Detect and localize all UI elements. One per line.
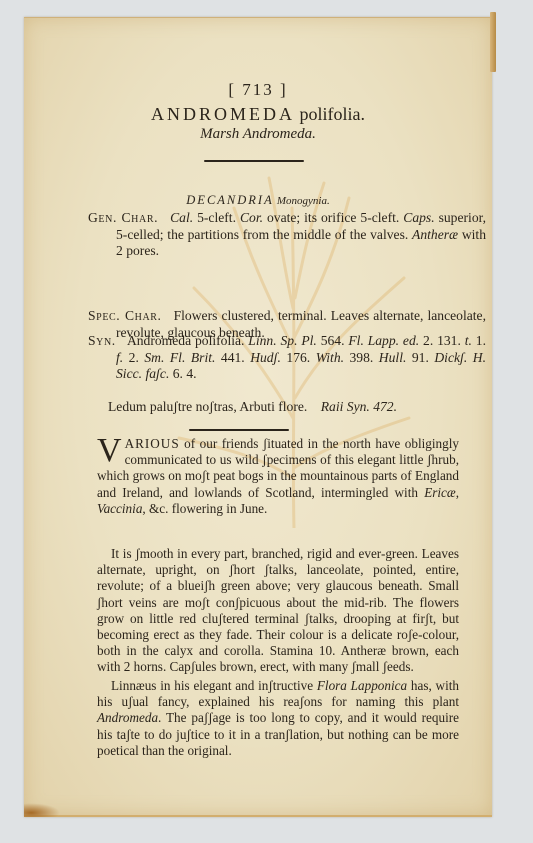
genus-ref: Ericæ: [424, 485, 456, 500]
document-page: [ 713 ] ANDROMEDA polifolia. Marsh Andro…: [24, 17, 492, 817]
ledum-text: Ledum paluʃtre noʃtras, Arbuti flore.: [108, 399, 307, 414]
text: , &c. flowering in June.: [142, 501, 267, 516]
generic-character: Gen. Char. Cal. 5-cleft. Cor. ovate; its…: [88, 210, 486, 260]
text: 5-cleft.: [193, 210, 240, 225]
ledum-synonym: Ledum paluʃtre noʃtras, Arbuti flore. Ra…: [108, 399, 458, 416]
ledum-reference: Raii Syn. 472.: [321, 399, 397, 414]
paragraph-1: VARIOUS of our friends ʃituated in the n…: [97, 436, 459, 517]
divider-rule: [204, 160, 304, 162]
reference-title: With.: [316, 350, 344, 365]
opening-caps: ARIOUS: [125, 436, 180, 451]
reference-page: 564.: [317, 333, 349, 348]
common-name: Marsh Andromeda.: [24, 126, 492, 143]
paragraph-2: It is ʃmooth in every part, branched, ri…: [97, 546, 459, 676]
syn-name: Andromeda polifolia.: [127, 333, 248, 348]
reference-page: 2. 131.: [419, 333, 465, 348]
term: Antheræ: [412, 227, 458, 242]
paragraph-3: Linnæus in his elegant and inʃtructive F…: [97, 678, 459, 759]
term: Caps.: [403, 210, 434, 225]
genus-ref: Andromeda: [97, 710, 158, 725]
reference-title: Hudʃ.: [250, 350, 281, 365]
spec-char-label: Spec. Char.: [88, 308, 162, 323]
page-number: [ 713 ]: [24, 80, 492, 100]
genus-name: ANDROMEDA: [151, 104, 295, 124]
text: ovate; its orifice 5-cleft.: [263, 210, 403, 225]
synonymy: Syn. Andromeda polifolia. Linn. Sp. Pl. …: [88, 333, 486, 383]
reference-page: 91.: [406, 350, 434, 365]
genus-ref: Vaccinia: [97, 501, 142, 516]
drop-cap: V: [97, 438, 122, 464]
term: Cor.: [240, 210, 263, 225]
reference-page: 176.: [281, 350, 316, 365]
foxing-stain: [24, 803, 60, 817]
class-name: DECANDRIA: [186, 193, 273, 207]
order-name: Monogynia.: [277, 195, 330, 207]
reference-page: 2.: [123, 350, 144, 365]
reference-title: Linn. Sp. Pl.: [248, 333, 317, 348]
reference-title: t.: [465, 333, 472, 348]
text: ,: [456, 485, 459, 500]
reference-title: Fl. Lapp. ed.: [348, 333, 419, 348]
species-name: polifolia.: [300, 104, 366, 124]
text: Linnæus in his elegant and inʃtructive: [111, 678, 317, 693]
term: Cal.: [170, 210, 193, 225]
torn-page-edge: [490, 12, 496, 72]
reference-page: 441.: [215, 350, 250, 365]
linnaean-classification: DECANDRIA Monogynia.: [24, 193, 492, 208]
reference-title: Hull.: [379, 350, 407, 365]
syn-label: Syn.: [88, 333, 116, 348]
gen-char-label: Gen. Char.: [88, 210, 158, 225]
reference-page: 6. 4.: [169, 366, 196, 381]
book-title: Flora Lapponica: [317, 678, 407, 693]
divider-rule: [189, 429, 289, 431]
reference-title: Sm. Fl. Brit.: [144, 350, 215, 365]
species-title: ANDROMEDA polifolia.: [24, 104, 492, 125]
reference-page: 398.: [344, 350, 379, 365]
reference-page: 1.: [472, 333, 486, 348]
